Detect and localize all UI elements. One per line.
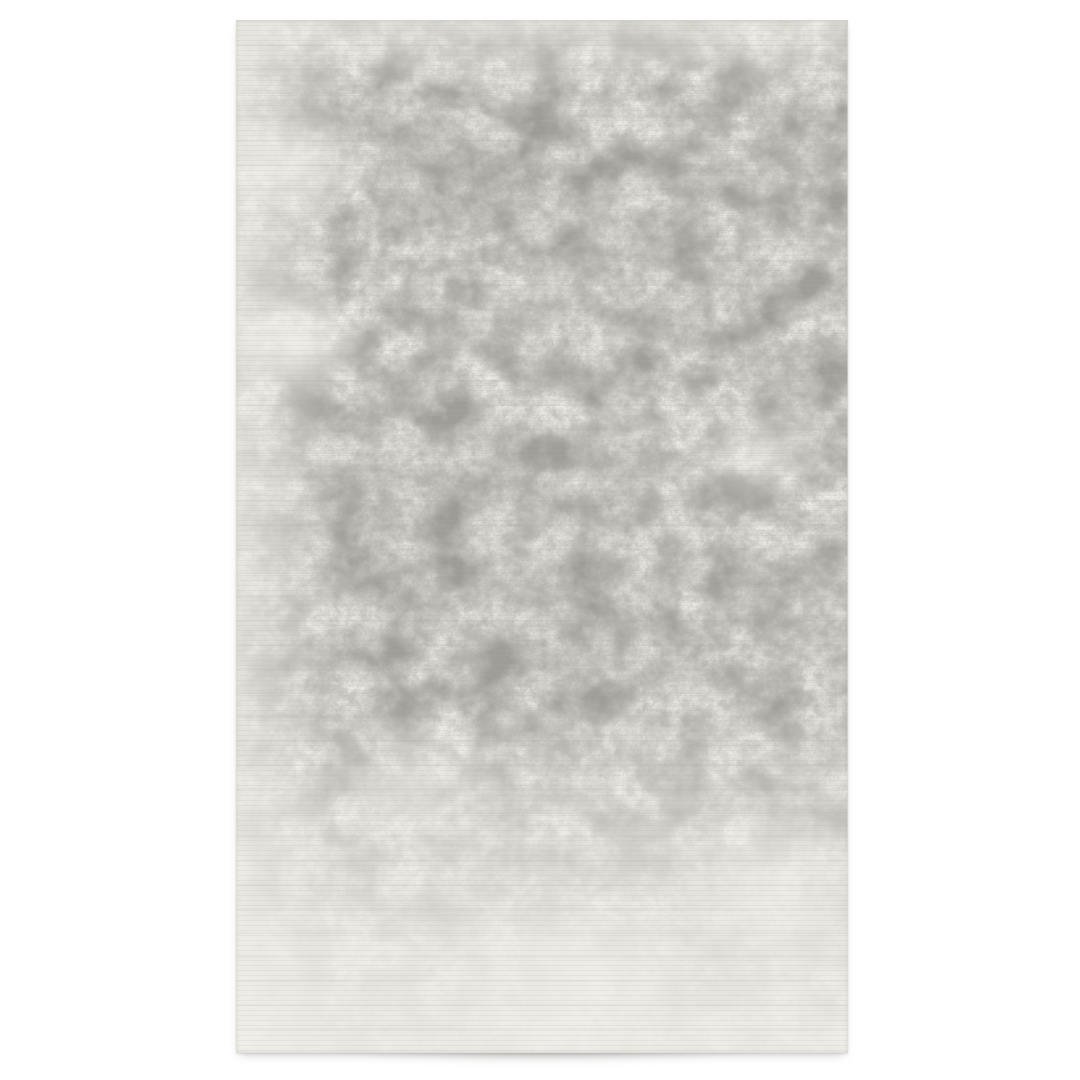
rug-pile-grain: [236, 20, 848, 1053]
rug-image: [236, 20, 848, 1053]
photo-canvas: [0, 0, 1080, 1080]
rug-texture: [236, 20, 848, 1053]
